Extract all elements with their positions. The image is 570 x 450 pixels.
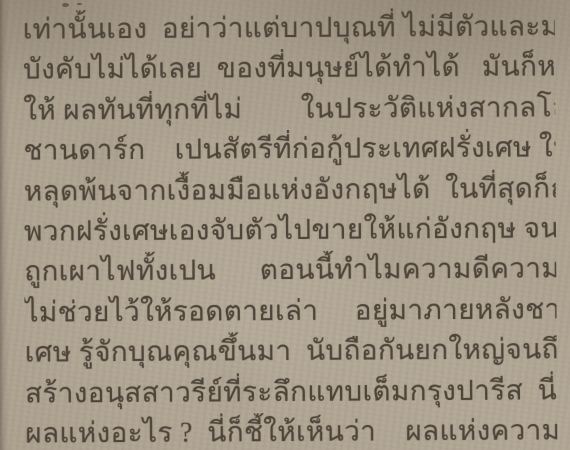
cropped-previous-line-fragments [62,3,69,7]
text-line: ถูกเผาไฟทั้งเปน ตอนนี้ทำไมความดีความชอบ [24,250,556,294]
body-text: เท่านั้นเอง อย่าว่าแต่บาปบุณที่ ไม่มีตัว… [23,7,558,450]
text-line: ให้ ผลทันที่ทุกที่ไม่ ในประวัติแห่งสากลโ… [23,88,555,132]
text-line: ชานดาร์ก เปนสัตรีที่ก่อกู้ประเทศฝรั่งเศษ… [23,129,555,173]
text-line: ผลแห่งอะไร ? นี่ก็ชี้ให้เห็นว่า ผลแห่งคว… [25,411,557,450]
text-line: ไม่ช่วยไว้ให้รอดตายเล่า อยู่มาภายหลังชาว… [24,290,556,334]
text-line: เท่านั้นเอง อย่าว่าแต่บาปบุณที่ ไม่มีตัว… [23,7,555,51]
text-line: บังคับไม่ได้เลย ของที่มนุษย์ได้ทำได้ มัน… [23,48,555,92]
book-page-photo: เท่านั้นเอง อย่าว่าแต่บาปบุณที่ ไม่มีตัว… [0,0,570,450]
text-line: สร้างอนุสสาวรีย์ที่ระลึกแทบเต็มกรุงปารีส… [25,371,557,415]
text-line: เศษ รู้จักบุณคุณขึ้นมา นับถือกันยกใหญ่จน… [25,331,557,375]
text-line: พวกฝรั่งเศษเองจับตัวไปขายให้แก่อังกฤษ จน… [24,209,556,253]
text-line: หลุดพ้นจากเงื้อมมือแห่งอังกฤษได้ ในที่สุ… [24,169,556,213]
